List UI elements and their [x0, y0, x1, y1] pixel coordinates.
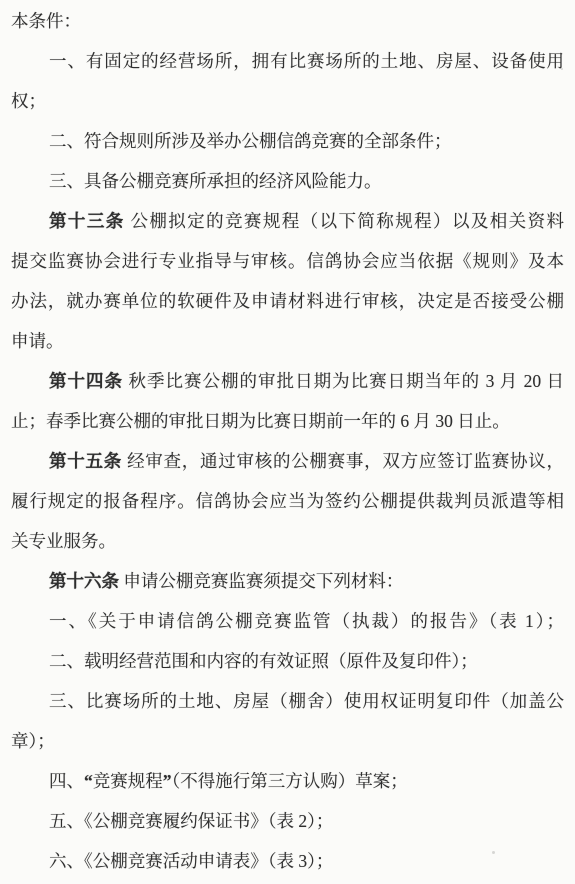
text-line: 关专业服务。: [11, 521, 564, 561]
text-segment: 权；: [11, 91, 46, 111]
scan-artifact: [492, 851, 495, 854]
text-line: 申请。: [11, 321, 564, 361]
text-segment: 四、: [49, 771, 84, 791]
text-line: 三、具备公棚竞赛所承担的经济风险能力。: [11, 161, 564, 201]
document-page: 本条件：一、有固定的经营场所，拥有比赛场所的土地、房屋、设备使用权；二、符合规则…: [0, 0, 575, 884]
text-segment: 五、《公棚竞赛履约保证书》（表 2）；: [49, 811, 333, 831]
text-segment: 申请公棚竞赛监赛须提交下列材料：: [119, 571, 403, 591]
bold-text-segment: ”: [163, 771, 172, 791]
text-segment: 章）；: [11, 731, 55, 751]
text-line: 第十五条 经审查，通过审核的公棚赛事，双方应签订监赛协议，: [11, 441, 564, 481]
text-line: 一、有固定的经营场所，拥有比赛场所的土地、房屋、设备使用: [11, 41, 564, 81]
text-line: 三、比赛场所的土地、房屋（棚舍）使用权证明复印件（加盖公: [11, 681, 564, 721]
text-segment: 一、有固定的经营场所，拥有比赛场所的土地、房屋、设备使用: [49, 51, 564, 71]
text-segment: 止；春季比赛公棚的审批日期为比赛日期前一年的 6 月 30 日止。: [11, 411, 510, 431]
text-line: 四、“竞赛规程”（不得施行第三方认购）草案；: [11, 761, 564, 801]
text-line: 止；春季比赛公棚的审批日期为比赛日期前一年的 6 月 30 日止。: [11, 401, 564, 441]
text-line: 第十六条 申请公棚竞赛监赛须提交下列材料：: [11, 561, 564, 601]
bold-text-segment: 第十四条: [49, 371, 123, 391]
text-line: 权；: [11, 81, 564, 121]
text-segment: 办法，就办赛单位的软硬件及申请材料进行审核，决定是否接受公棚: [11, 291, 564, 311]
text-segment: 履行规定的报备程序。信鸽协会应当为签约公棚提供裁判员派遣等相: [11, 491, 564, 511]
document-body: 本条件：一、有固定的经营场所，拥有比赛场所的土地、房屋、设备使用权；二、符合规则…: [11, 1, 564, 881]
text-line: 六、《公棚竞赛活动申请表》（表 3）；: [11, 841, 564, 881]
text-segment: 竞赛规程: [93, 771, 163, 791]
text-line: 一、《关于申请信鸽公棚竞赛监管（执裁）的报告》（表 1）；: [11, 601, 564, 641]
text-segment: 经审查，通过审核的公棚赛事，双方应签订监赛协议，: [122, 451, 564, 471]
text-line: 提交监赛协会进行专业指导与审核。信鸽协会应当依据《规则》及本: [11, 241, 564, 281]
text-line: 五、《公棚竞赛履约保证书》（表 2）；: [11, 801, 564, 841]
text-line: 二、载明经营范围和内容的有效证照（原件及复印件）；: [11, 641, 564, 681]
text-line: 第十四条 秋季比赛公棚的审批日期为比赛日期当年的 3 月 20 日: [11, 361, 564, 401]
text-line: 办法，就办赛单位的软硬件及申请材料进行审核，决定是否接受公棚: [11, 281, 564, 321]
text-segment: 六、《公棚竞赛活动申请表》（表 3）；: [49, 851, 333, 871]
text-segment: 本条件：: [11, 11, 81, 31]
text-segment: 提交监赛协会进行专业指导与审核。信鸽协会应当依据《规则》及本: [11, 251, 564, 271]
text-line: 本条件：: [11, 1, 564, 41]
text-segment: 秋季比赛公棚的审批日期为比赛日期当年的 3 月 20 日: [123, 371, 564, 391]
bold-text-segment: 第十三条: [49, 211, 125, 231]
text-line: 二、符合规则所涉及举办公棚信鸽竞赛的全部条件；: [11, 121, 564, 161]
text-segment: 公棚拟定的竞赛规程（以下简称规程）以及相关资料: [125, 211, 564, 231]
text-line: 履行规定的报备程序。信鸽协会应当为签约公棚提供裁判员派遣等相: [11, 481, 564, 521]
bold-text-segment: “: [84, 771, 93, 791]
text-segment: 二、载明经营范围和内容的有效证照（原件及复印件）；: [49, 651, 478, 671]
text-line: 第十三条 公棚拟定的竞赛规程（以下简称规程）以及相关资料: [11, 201, 564, 241]
text-line: 章）；: [11, 721, 564, 761]
text-segment: 一、《关于申请信鸽公棚竞赛监管（执裁）的报告》（表 1）；: [49, 611, 564, 631]
text-segment: 二、符合规则所涉及举办公棚信鸽竞赛的全部条件；: [49, 131, 452, 151]
text-segment: （不得施行第三方认购）草案；: [172, 771, 408, 791]
text-segment: 三、比赛场所的土地、房屋（棚舍）使用权证明复印件（加盖公: [49, 691, 564, 711]
text-segment: 关专业服务。: [11, 531, 116, 551]
text-segment: 三、具备公棚竞赛所承担的经济风险能力。: [49, 171, 382, 191]
text-segment: 申请。: [11, 331, 64, 351]
bold-text-segment: 第十六条: [49, 571, 119, 591]
bold-text-segment: 第十五条: [49, 451, 122, 471]
scan-artifact: [561, 68, 563, 70]
